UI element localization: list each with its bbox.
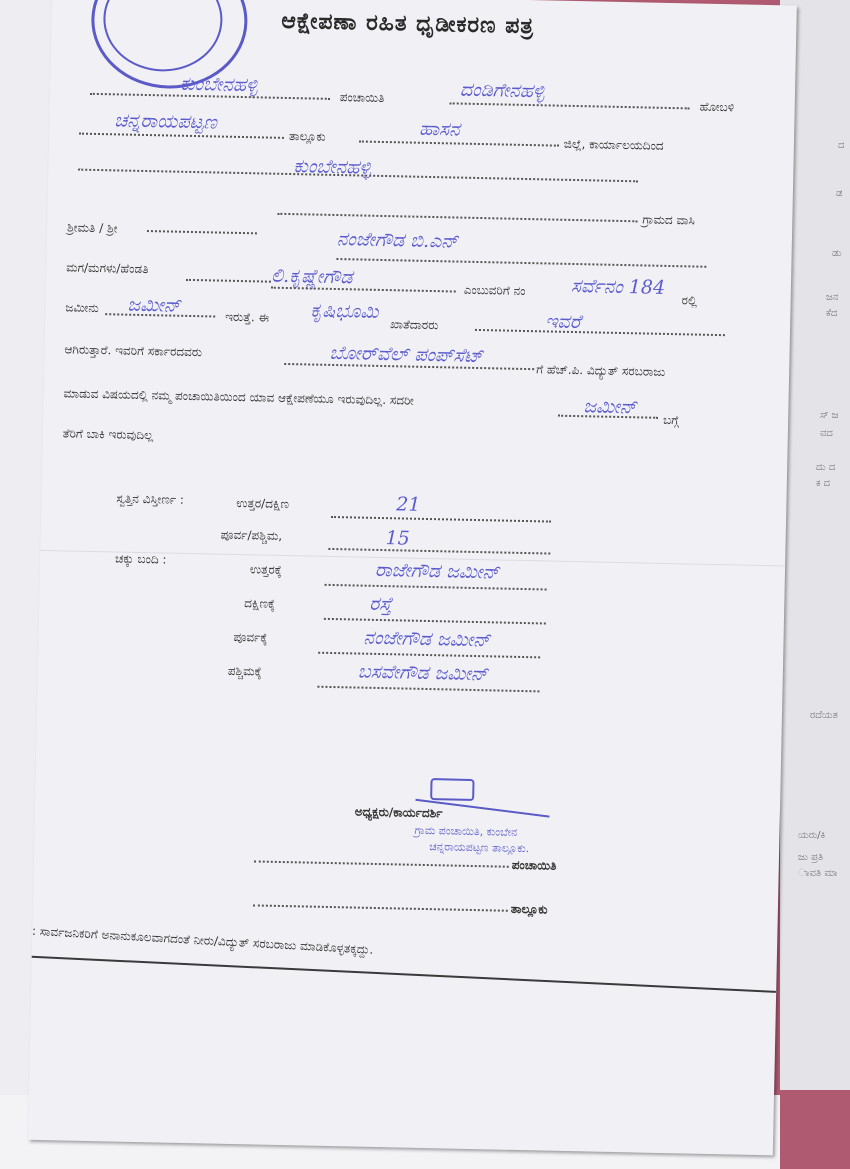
land-prefix: ಜಮೀನು [65, 300, 99, 316]
khata-holder-label: ಖಾತೆದಾರರು [390, 317, 439, 333]
page-title: ಆಕ್ಷೇಪಣಾ ರಹಿತ ಧೃಡೀಕರಣ ಪತ್ರ [281, 9, 534, 39]
background-text-fragment: ಕ ದ [816, 478, 830, 489]
handwritten-extent-value: ಜಮೀನ್ [127, 294, 181, 317]
survey-suffix: ರಲ್ಲಿ [681, 293, 697, 308]
row-text: ಮಾಡುವ ವಿಷಯದಲ್ಲಿ ನಮ್ಮ ಪಂಚಾಯಿತಿಯಿಂದ ಯಾವ ಆಕ… [63, 386, 414, 408]
background-text-fragment: ಜು ಪ್ರತಿ [798, 852, 823, 863]
certificate-page: ಆಕ್ಷೇಪಣಾ ರಹಿತ ಧೃಡೀಕರಣ ಪತ್ರ ಕುಂಬೇನಹಳ್ಳಿ ಪ… [28, 0, 797, 1155]
signatory-designation: ಅಧ್ಯಕ್ಷರು/ಕಾರ್ಯದರ್ಶಿ [355, 805, 443, 822]
property-row-value: ನಂಜೇಗೌಡ ಜಮೀನ್ [363, 627, 490, 652]
property-row-value: ರಾಜೇಗೌಡ ಜಮೀನ್ [375, 559, 500, 584]
handwritten-panchayati-value: ದಂಡಿಗೇನಹಳ್ಳಿ [460, 79, 545, 103]
property-row-label: ಪಶ್ಚಿಮಕ್ಕೆ [228, 664, 262, 680]
property-row-label: ದಕ್ಷಿಣಕ್ಕೆ [244, 596, 275, 612]
dotted-line [147, 230, 257, 234]
background-text-fragment: ರದೆಯತ [810, 710, 838, 721]
property-row-label: ಉತ್ತರ/ದಕ್ಷಿಣ [236, 496, 289, 512]
page-bottom-edge [32, 956, 776, 993]
property-row-value: ರಸ್ತೆ [369, 593, 392, 615]
dotted-line [253, 904, 508, 911]
dotted-line [277, 213, 637, 223]
handwritten-village-value: ಕುಂಬೇನಹಳ್ಳಿ [293, 155, 371, 179]
handwritten-prefix-panchayati: ಕುಂಬೇನಹಳ್ಳಿ [180, 73, 258, 97]
property-row-label: ಉತ್ತರಕ್ಕೆ [250, 562, 282, 578]
relation-label: ಮಗ/ಮಗಳು/ಹೆಂಡತಿ [66, 260, 149, 277]
boundary-label: ಚಕ್ಕು ಬಂದಿ : [115, 551, 167, 567]
survey-label: ಎಂಬುವರಿಗೆ ನಂ [464, 283, 526, 299]
dotted-line [450, 102, 690, 109]
background-text-fragment: ಯರು/ಕಿ [798, 830, 825, 841]
property-row-value: 21 [396, 493, 421, 516]
handwritten-scheme-value: ಬೋರ್‌ವೆಲ್ ಪಂಪ್‌ಸೆಟ್ [329, 342, 483, 367]
handwritten-land-value: ಜಮೀನ್ [583, 395, 637, 418]
handwritten-relation-value: ಲಿ.ಕೃಷ್ಣೇಗೌಡ [271, 265, 353, 289]
row-label: ಆಗಿರುತ್ತಾರೆ. ಇವರಿಗೆ ಸರ್ಕಾರದವರು [64, 342, 202, 360]
handwritten-khata-value: ಕೃಷಿಭೂಮಿ [310, 299, 379, 322]
extent-label: ಸ್ವತ್ತಿನ ವಿಸ್ತೀರ್ಣ : [116, 491, 184, 507]
property-row-value: ಬಸವೇಗೌಡ ಜಮೀನ್ [358, 661, 488, 686]
village-label: ಗ್ರಾಮದ ವಾಸಿ [642, 212, 695, 228]
dotted-line [325, 584, 547, 591]
handwritten-owner-value: ಇವರೆ [545, 310, 581, 333]
panchayati-sign-label: ಪಂಚಾಯಿತಿ [512, 858, 557, 874]
dotted-line [475, 329, 725, 336]
district-label: ಜಿಲ್ಲೆ, ಕಾರ್ಯಾಲಯದಿಂದ [564, 137, 664, 154]
background-text-fragment: ದ [838, 140, 844, 151]
property-row-label: ಪೂರ್ವ/ಪಶ್ಚಿಮ, [220, 528, 282, 544]
property-row-label: ಪೂರ್ವಕ್ಕೆ [233, 630, 267, 646]
dotted-line [271, 287, 456, 293]
dotted-line [254, 860, 509, 867]
dotted-line [336, 258, 706, 268]
row-text: ತೆರಿಗೆ ಬಾಕಿ ಇರುವುದಿಲ್ಲ [63, 426, 154, 443]
row-suffix: ಗೆ ಹೆಚ್.ಪಿ. ವಿದ್ಯುತ್ ಸರಬರಾಜು [536, 362, 665, 380]
signature-mark [430, 778, 474, 801]
background-text-fragment: ಡ [836, 188, 842, 199]
background-text-fragment: ದು ದ [816, 462, 835, 473]
hobli-label: ಹೋಬಳಿ [700, 100, 735, 116]
background-text-fragment: ಾವತಿ ಮಾ [798, 868, 837, 879]
background-text-fragment: ಜನ [826, 292, 838, 303]
background-text-fragment: ವದ [820, 428, 833, 439]
dotted-line [317, 686, 539, 693]
property-row-value: 15 [385, 527, 410, 550]
background-text-fragment: ಸ್ ಜ [820, 410, 838, 421]
footer-note: : ಸಾರ್ವಜನಿಕರಿಗೆ ಅನಾನುಕೂಲವಾಗದಂತೆ ನೀರು/ವಿದ… [32, 924, 374, 958]
taluk-sign-label: ತಾಲ್ಲೂಕು [511, 902, 548, 918]
panchayati-label: ಪಂಚಾಯಿತಿ [340, 90, 385, 106]
handwritten-survey-number: ಸರ್ವೆನಂ 184 [571, 275, 666, 299]
taluk-label: ತಾಲ್ಲೂಕು [289, 129, 326, 145]
dotted-line [359, 140, 559, 146]
handwritten-name-value: ನಂಜೇಗೌಡ ಬಿ.ಎನ್ [337, 228, 459, 253]
official-stamp-line: ಚನ್ನರಾಯಪಟ್ಟಣ ತಾಲ್ಲೂಕು. [429, 840, 529, 856]
handwritten-district-value: ಹಾಸನ [419, 118, 460, 141]
row-suffix: ಬಗ್ಗೆ [663, 413, 679, 428]
handwritten-taluk-value: ಚನ್ನರಾಯಪಟ್ಟಣ [114, 109, 217, 133]
row-label: ಇರುತ್ತೆ. ಈ [225, 310, 269, 326]
dotted-line [328, 548, 550, 555]
dotted-line [324, 618, 546, 625]
background-text-fragment: ಡು [832, 248, 842, 259]
official-stamp-line: ಗ್ರಾಮ ಪಂಚಾಯಿತಿ, ಕುಂಬೇನ [414, 824, 517, 840]
background-text-fragment: ಕೆದ [826, 308, 837, 319]
dotted-line [186, 279, 271, 283]
name-label: ಶ್ರೀಮತಿ / ಶ್ರೀ [67, 220, 118, 236]
dotted-line [318, 652, 540, 659]
dotted-line [331, 516, 551, 523]
dotted-line [79, 133, 284, 139]
